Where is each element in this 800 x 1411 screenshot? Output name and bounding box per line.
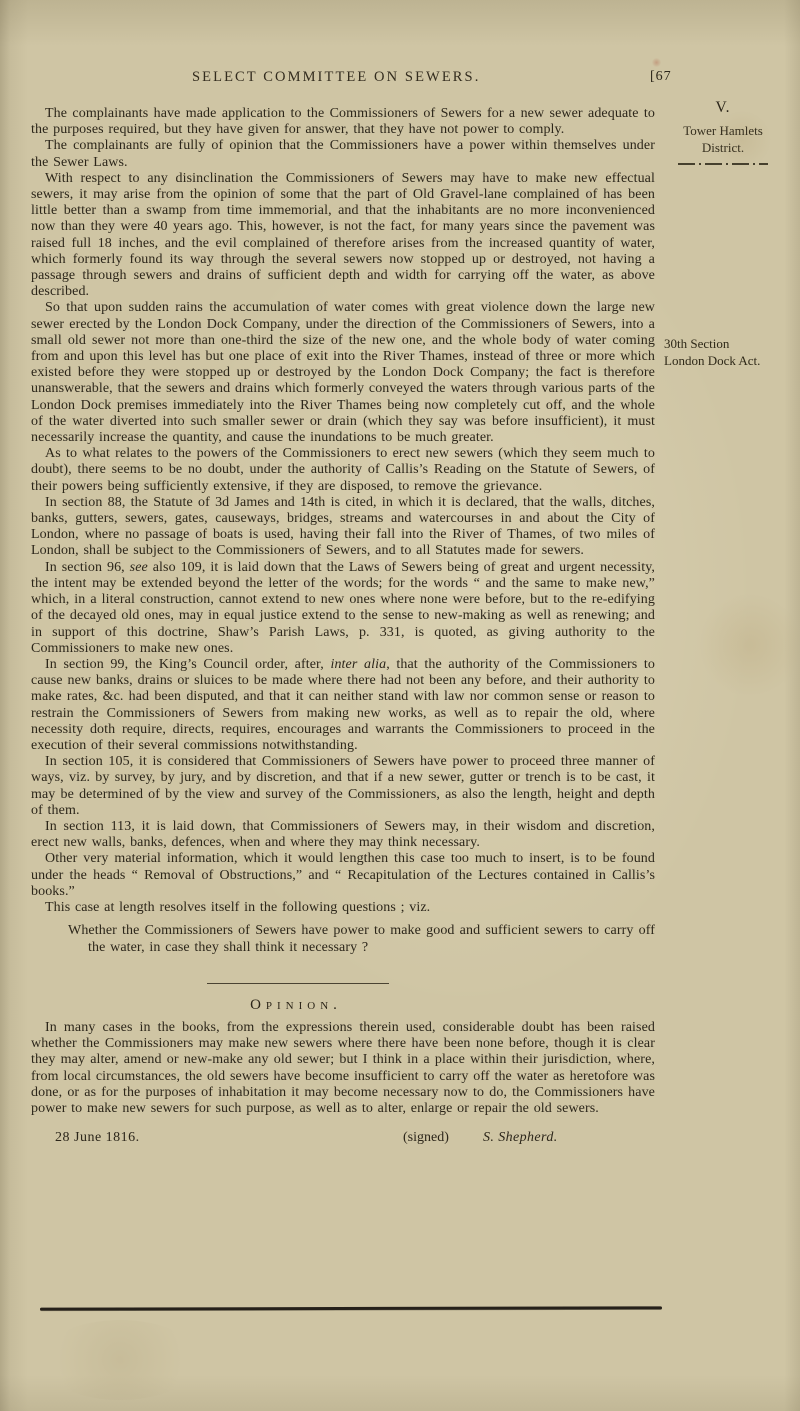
paragraph: With respect to any disinclination the C… — [31, 171, 655, 301]
paragraph: Other very material information, which i… — [31, 851, 655, 900]
page-title: SELECT COMMITTEE ON SEWERS. — [192, 69, 480, 86]
paragraph: In section 105, it is considered that Co… — [31, 754, 655, 819]
case-number: V. — [655, 99, 791, 117]
paper-stain — [652, 58, 661, 67]
section-divider-rule — [207, 983, 389, 984]
signature-name: S. Shepherd. — [483, 1130, 558, 1146]
paragraph: As to what relates to the powers of the … — [31, 446, 655, 495]
paragraph-text: In section 99, the King’s Council order,… — [45, 657, 330, 672]
opinion-paragraph: In many cases in the books, from the exp… — [31, 1020, 655, 1117]
statute-note-line2: London Dock Act. — [664, 353, 798, 370]
district-name-line2: District. — [655, 140, 791, 157]
running-header: SELECT COMMITTEE ON SEWERS. [67 — [0, 69, 800, 89]
opinion-heading: Opinion. — [31, 997, 561, 1014]
district-rule — [678, 163, 768, 165]
question-block: Whether the Commissioners of Sewers have… — [88, 923, 655, 956]
paper-stain — [700, 590, 800, 700]
paper-stain — [40, 1320, 200, 1400]
page-number: [67 — [650, 69, 672, 85]
paragraph: In section 113, it is laid down, that Co… — [31, 819, 655, 851]
case-margin-note: V. Tower Hamlets District. — [655, 99, 791, 165]
paragraph: In section 96, see also 109, it is laid … — [31, 560, 655, 657]
paragraph: This case at length resolves itself in t… — [31, 900, 655, 916]
document-body: The complainants have made application t… — [31, 106, 655, 1148]
paragraph: The complainants have made application t… — [31, 106, 655, 138]
paragraph: In section 99, the King’s Council order,… — [31, 657, 655, 754]
statute-margin-note: 30th Section London Dock Act. — [664, 336, 798, 369]
bottom-rule — [40, 1306, 662, 1311]
date-signed: 28 June 1816. — [55, 1130, 140, 1146]
latin-phrase: see — [130, 560, 148, 575]
statute-note-line1: 30th Section — [664, 336, 798, 353]
paragraph: The complainants are fully of opinion th… — [31, 138, 655, 170]
paragraph: So that upon sudden rains the accumulati… — [31, 300, 655, 446]
signed-label: (signed) — [403, 1130, 449, 1146]
signature-row: 28 June 1816. (signed) S. Shepherd. — [31, 1130, 655, 1148]
document-page: SELECT COMMITTEE ON SEWERS. [67 V. Tower… — [0, 0, 800, 1411]
paragraph-text: In section 96, — [45, 560, 130, 575]
district-name-line1: Tower Hamlets — [655, 123, 791, 140]
latin-phrase: inter alia — [330, 657, 386, 672]
paragraph: In section 88, the Statute of 3d James a… — [31, 495, 655, 560]
